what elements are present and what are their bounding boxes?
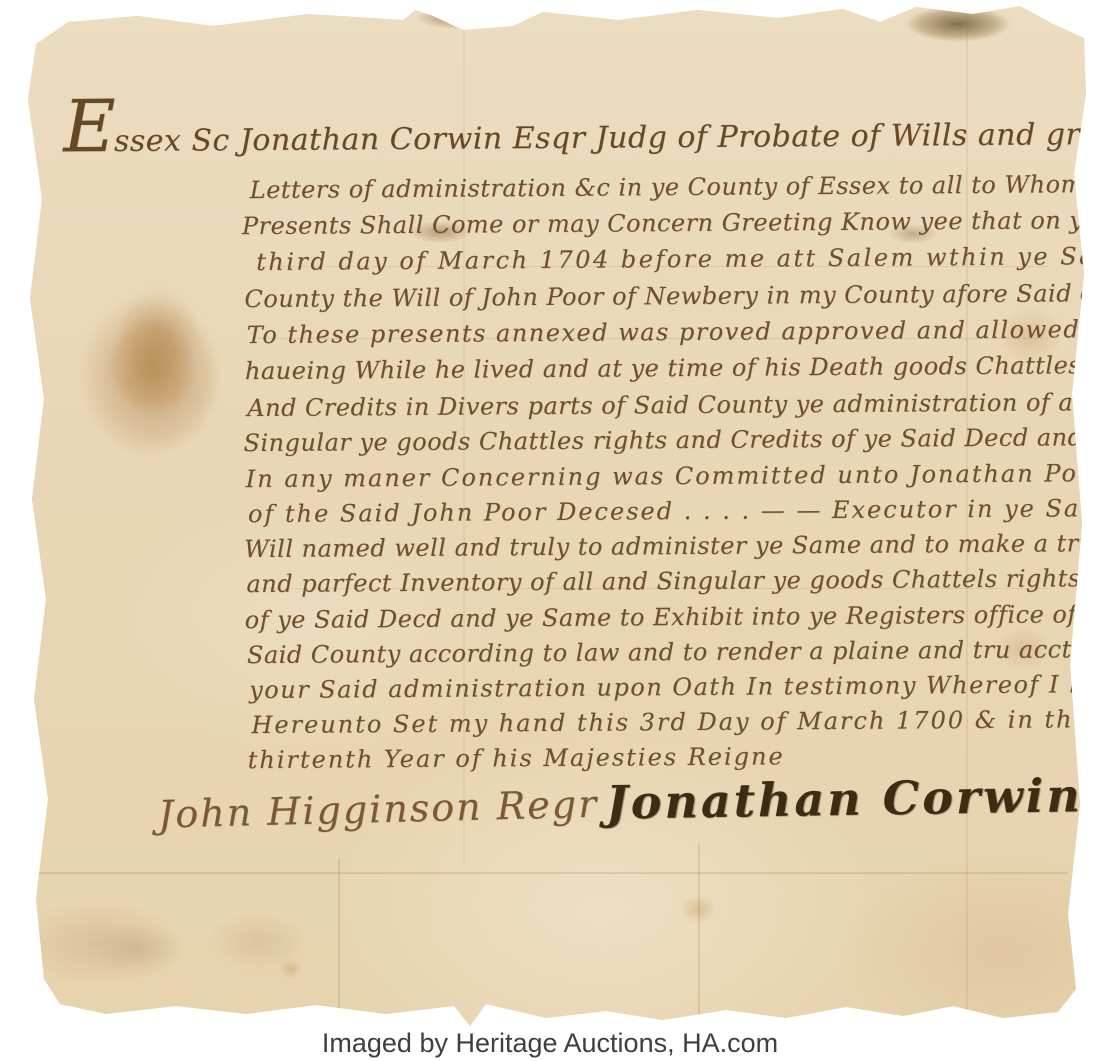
registrar-signature: John Higginson Regr <box>158 782 599 837</box>
manuscript-line: and parfect Inventory of all and Singula… <box>246 563 1100 598</box>
manuscript-line: third day of March 1704 before me att Sa… <box>256 242 1100 276</box>
scanned-document-page: { "colors": { "background": "#ffffff", "… <box>0 0 1100 1061</box>
manuscript-line: of the Said John Poor Decesed . . . . — … <box>248 494 1100 528</box>
manuscript-paper: Essex Sc Jonathan Corwin Esqr Judg of Pr… <box>8 4 1090 1034</box>
manuscript-line: Presents Shall Come or may Concern Greet… <box>242 206 1098 240</box>
manuscript-line: Letters of administration &c in ye Count… <box>250 170 1100 204</box>
manuscript-line: Will named well and truly to administer … <box>244 529 1095 563</box>
manuscript-line: of ye Said Decd and ye Same to Exhibit i… <box>245 600 1100 634</box>
manuscript-line: Said County according to law and to rend… <box>247 635 1100 669</box>
manuscript-line: County the Will of John Poor of Newbery … <box>244 278 1100 313</box>
manuscript-text-block: Essex Sc Jonathan Corwin Esqr Judg of Pr… <box>4 0 1093 1038</box>
manuscript-line: thirtenth Year of his Majesties Reigne <box>248 742 785 774</box>
manuscript-line: In any maner Concerning was Committed un… <box>246 459 1100 493</box>
manuscript-line: And Credits in Divers parts of Said Coun… <box>247 388 1100 422</box>
manuscript-line: Essex Sc Jonathan Corwin Esqr Judg of Pr… <box>63 98 1100 160</box>
manuscript-line: Singular ye goods Chattles rights and Cr… <box>243 423 1100 458</box>
watermark-caption: Imaged by Heritage Auctions, HA.com <box>0 1028 1100 1059</box>
corwin-signature: Jonathan Corwin <box>606 768 1083 829</box>
manuscript-line: To these presents annexed was proved app… <box>247 315 1100 349</box>
manuscript-line: your Said administration upon Oath In te… <box>249 670 1100 704</box>
manuscript-line: Hereunto Set my hand this 3rd Day of Mar… <box>251 705 1090 739</box>
manuscript-line: haueing While he lived and at ye time of… <box>245 351 1100 385</box>
